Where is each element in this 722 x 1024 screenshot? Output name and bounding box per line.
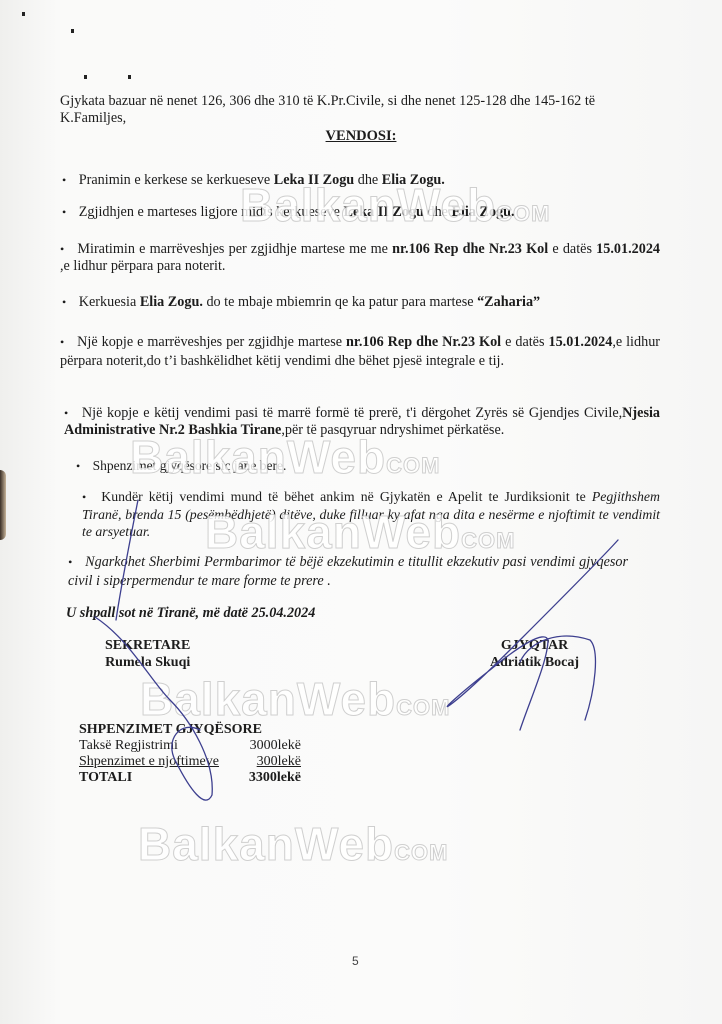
judge-name: Adriatik Bocaj [490, 654, 579, 671]
decision-item-7: Shpenzimet gjyqësore sic jane bere. [76, 457, 286, 475]
judge-signature-block: GJYQTAR Adriatik Bocaj [490, 637, 579, 671]
scan-speck [84, 75, 87, 79]
decision-item-5: Një kopje e marrëveshjes per zgjidhje ma… [60, 333, 660, 371]
decision-item-6: Një kopje e këtij vendimi pasi të marrë … [64, 405, 660, 439]
scan-speck [128, 75, 131, 79]
costs-total-row: TOTALI3300lekë [79, 770, 301, 786]
page-edge-shadow [0, 470, 6, 540]
intro-line-1: Gjykata bazuar në nenet 126, 306 dhe 310… [60, 93, 595, 110]
page-number: 5 [352, 954, 359, 968]
decision-item-1: Pranimin e kerkese se kerkueseve Leka II… [62, 172, 445, 189]
secretary-signature-block: SEKRETARE Rumela Skuqi [105, 637, 190, 671]
decision-item-2: Zgjidhjen e marteses ligjore midis kerku… [62, 204, 515, 221]
decision-item-9: Ngarkohet Sherbimi Permbarimor të bëjë e… [68, 553, 628, 591]
decision-heading: VENDOSI: [0, 128, 722, 145]
decision-item-3: Miratimin e marrëveshjes per zgjidhje ma… [60, 241, 660, 275]
intro-text: Gjykata bazuar në nenet 126, 306 dhe 310… [60, 93, 595, 127]
decision-item-8: Kundër këtij vendimi mund të bëhet ankim… [82, 488, 660, 540]
court-costs-table: SHPENZIMET GJYQËSORE Taksë Regjistrimi30… [79, 722, 301, 786]
secretary-title: SEKRETARE [105, 637, 190, 654]
costs-row: Shpenzimet e njoftimeve300lekë [79, 754, 301, 770]
secretary-name: Rumela Skuqi [105, 654, 190, 671]
costs-row: Taksë Regjistrimi3000lekë [79, 738, 301, 754]
scan-speck [22, 12, 25, 16]
intro-line-2: K.Familjes, [60, 110, 595, 127]
costs-title: SHPENZIMET GJYQËSORE [79, 722, 301, 738]
scan-speck [71, 29, 74, 33]
decision-item-4: Kerkuesia Elia Zogu. do te mbaje mbiemri… [62, 294, 540, 311]
judge-title: GJYQTAR [490, 637, 579, 654]
announcement: U shpall sot në Tiranë, më datë 25.04.20… [66, 605, 315, 622]
